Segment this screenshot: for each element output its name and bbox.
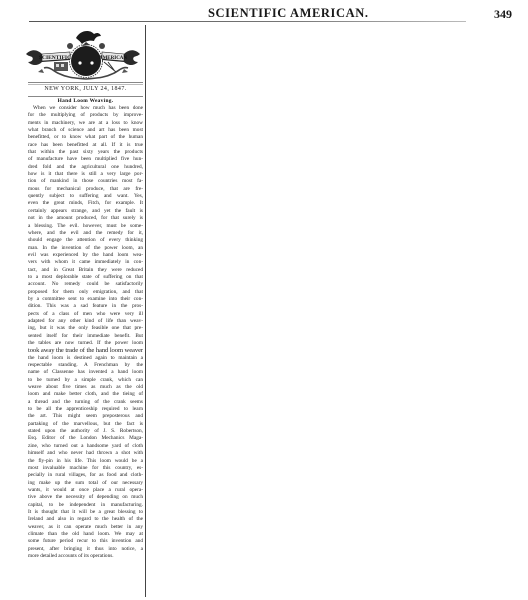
article-line: respectable standing. A Frenchman by the <box>28 362 143 369</box>
article-line: a thread and the turning of the crank se… <box>28 399 143 406</box>
article-line: partaking of the marvellous, but the fac… <box>28 421 143 428</box>
article-line: tact, and in Great Britain they were red… <box>28 267 143 274</box>
article-line: quently subject to suffering and want. Y… <box>28 193 143 200</box>
svg-text:SCIENTIFIC: SCIENTIFIC <box>39 55 71 61</box>
article-line: weave about five times as much as the ol… <box>28 384 143 391</box>
article-line: vers with whom it came immediately in co… <box>28 259 143 266</box>
article-line: mous for mechanical produce, that are fr… <box>28 186 143 193</box>
article-line: tion of mankind in those countries most … <box>28 178 143 185</box>
article-line: race has been benefitted at all. If it i… <box>28 142 143 149</box>
article-line: should engage the attention of every thi… <box>28 237 143 244</box>
article-line: to be turned by a simple crank, which ca… <box>28 377 143 384</box>
article-line: pects of a class of men who were very il… <box>28 311 143 318</box>
article-line: most invaluable machine for this country… <box>28 465 143 472</box>
article-line: Esq. Editor of the London Mechanics Maga… <box>28 435 143 442</box>
article-line: where, and the evil and the remedy for i… <box>28 230 143 237</box>
article-line: even the great minds, Fitch, for example… <box>28 200 143 207</box>
article-line: the art. This might seem preposterous an… <box>28 413 143 420</box>
article-title: Hand Loom Weaving. <box>28 98 143 105</box>
article: Hand Loom Weaving. When we consider how … <box>28 98 143 560</box>
article-line: name of Classenne has invented a hand lo… <box>28 369 143 376</box>
article-line: some future period recur to this inventi… <box>28 538 143 545</box>
article-line: benefitted, or to know what part of the … <box>28 134 143 141</box>
article-line: Ireland and also in regard to the health… <box>28 516 143 523</box>
article-line: When we consider how much has been done <box>28 105 143 112</box>
article-line: the hand loom is destined again to maint… <box>28 355 143 362</box>
article-line: of manufacture have been multiplied five… <box>28 156 143 163</box>
svg-text:AMERICAN: AMERICAN <box>99 56 127 61</box>
article-line: how is it that there is still a very lar… <box>28 171 143 178</box>
dateline-rule <box>28 96 143 97</box>
page-number: 349 <box>494 7 512 22</box>
article-line: account. No remedy could be satisfactori… <box>28 281 143 288</box>
article-line: ing make up the sum total of our necessa… <box>28 480 143 487</box>
article-line: climate than the old hand loom. We may a… <box>28 531 143 538</box>
header-rule <box>29 21 466 22</box>
article-line: loom and make better cloth, and the tiei… <box>28 391 143 398</box>
article-line: more detailed accounts of its operations… <box>28 553 143 560</box>
article-line: adapted for any other kind of life than … <box>28 318 143 325</box>
masthead-logo: SCIENTIFIC AMERICAN <box>24 28 142 82</box>
dateline-rule <box>28 82 143 83</box>
article-line: that within the past sixty years the pro… <box>28 149 143 156</box>
article-line: pecially in rural villages, for as food … <box>28 472 143 479</box>
article-line: to a most deplorable state of suffering … <box>28 274 143 281</box>
article-line: tive above the necessity of depending on… <box>28 494 143 501</box>
article-line: ments in machinery, we are at a loss to … <box>28 120 143 127</box>
article-line: sented itself for their immediate benefi… <box>28 333 143 340</box>
article-line: man. In the invention of the power loom,… <box>28 245 143 252</box>
article-line: It is thought that it will be a great bl… <box>28 509 143 516</box>
article-line: took away the trade of the hand loom wea… <box>28 347 143 354</box>
article-line: proposed for them only emigration, and t… <box>28 289 143 296</box>
article-line: certainly appears strange, and yet the f… <box>28 208 143 215</box>
column-rule <box>145 25 146 597</box>
article-line: the fly-pin in his life. This loom would… <box>28 458 143 465</box>
article-line: wants, it would at once place a rural op… <box>28 487 143 494</box>
article-line: himself and who never had thrown a shot … <box>28 450 143 457</box>
dateline-rule <box>28 84 143 85</box>
article-line: dred fold and the agricultural one hundr… <box>28 164 143 171</box>
article-line: by a committee sent to examine into thei… <box>28 296 143 303</box>
article-line: zine, who turned out a handsome yard of … <box>28 443 143 450</box>
article-line: capital, to be independent in manufactur… <box>28 502 143 509</box>
article-line: evil was experienced by the hand loom we… <box>28 252 143 259</box>
article-line: ing, but it was the only feasible one th… <box>28 325 143 332</box>
article-line: the tables are now turned. If the power … <box>28 340 143 347</box>
article-line: dition. This was a sad feature in the pr… <box>28 303 143 310</box>
publication-title: SCIENTIFIC AMERICAN. <box>208 6 369 21</box>
eagle-emblem-icon: SCIENTIFIC AMERICAN <box>24 28 142 82</box>
article-line: a blessing. The evil. however, must be s… <box>28 223 143 230</box>
article-line: weaver, as it can operate much better in… <box>28 524 143 531</box>
dateline: NEW YORK, JULY 24, 1847. <box>28 86 143 92</box>
article-line: stated upon the authority of J. S. Rober… <box>28 428 143 435</box>
article-line: present, after bringing it thus into not… <box>28 546 143 553</box>
running-head: SCIENTIFIC AMERICAN. 349 <box>0 6 528 20</box>
article-line: what branch of science and art has been … <box>28 127 143 134</box>
article-line: not in the amount produced, for that sur… <box>28 215 143 222</box>
article-line: to be all the apprenticeship required to… <box>28 406 143 413</box>
article-line: for the multiplying of products by impro… <box>28 112 143 119</box>
